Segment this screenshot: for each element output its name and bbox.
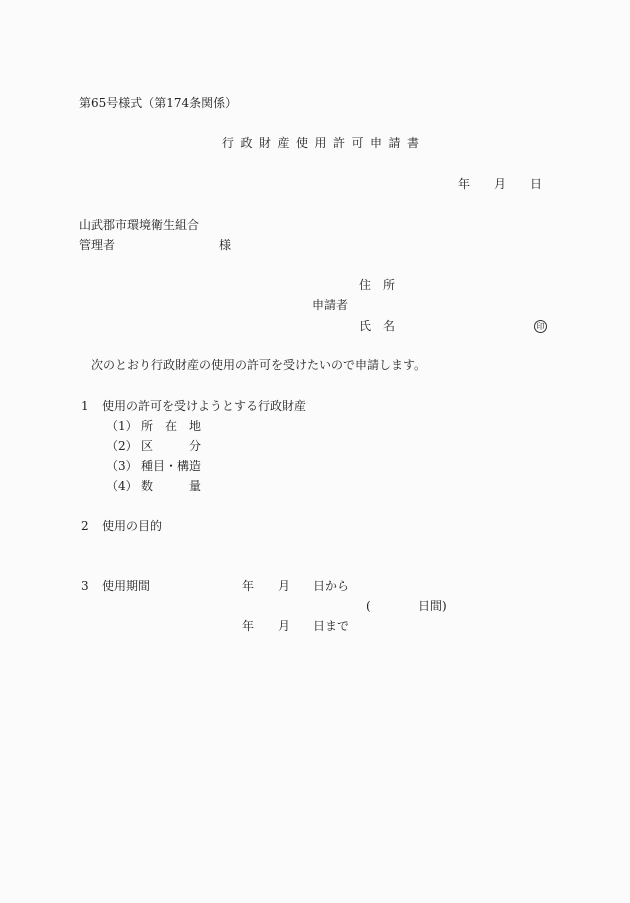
period-from-day: 日から	[313, 580, 349, 592]
form-id: 第65号様式（第174条関係）	[79, 97, 237, 109]
addressee-role: 管理者	[79, 239, 115, 251]
item-4-label: 数 量	[141, 480, 201, 492]
period-to-month: 月	[278, 620, 290, 632]
section-1-title: 使用の許可を受けようとする行政財産	[102, 400, 306, 412]
section-3-title: 使用期間	[102, 580, 150, 592]
duration-close: 日間)	[418, 600, 447, 612]
period-to-day: 日まで	[313, 620, 349, 632]
item-1-number: （1）	[106, 420, 138, 432]
addressee-organization: 山武郡市環境衛生組合	[79, 219, 199, 231]
date-day-label: 日	[530, 178, 542, 190]
section-1-number: 1	[81, 400, 89, 412]
item-4-number: （4）	[106, 480, 138, 492]
document-title: 行政財産使用許可申請書	[222, 137, 426, 149]
item-1-label: 所 在 地	[141, 420, 201, 432]
name-label: 氏 名	[359, 320, 395, 332]
address-label: 住 所	[359, 279, 395, 291]
section-2-number: 2	[81, 520, 89, 532]
period-to-year: 年	[242, 620, 254, 632]
item-3-label: 種目・構造	[141, 460, 201, 472]
seal-icon: 印	[534, 320, 547, 333]
seal-mark: 印	[534, 319, 547, 333]
intro-text: 次のとおり行政財産の使用の許可を受けたいので申請します。	[91, 359, 426, 371]
section-3-number: 3	[81, 580, 89, 592]
item-2-number: （2）	[106, 440, 138, 452]
period-from-year: 年	[242, 580, 254, 592]
item-3-number: （3）	[106, 460, 138, 472]
addressee-honorific: 様	[219, 239, 231, 251]
period-from-month: 月	[278, 580, 290, 592]
date-year-label: 年	[458, 178, 470, 190]
date-month-label: 月	[494, 178, 506, 190]
item-2-label: 区 分	[141, 440, 201, 452]
section-2-title: 使用の目的	[102, 520, 162, 532]
applicant-label: 申請者	[312, 299, 348, 311]
duration-open: (	[366, 600, 371, 612]
